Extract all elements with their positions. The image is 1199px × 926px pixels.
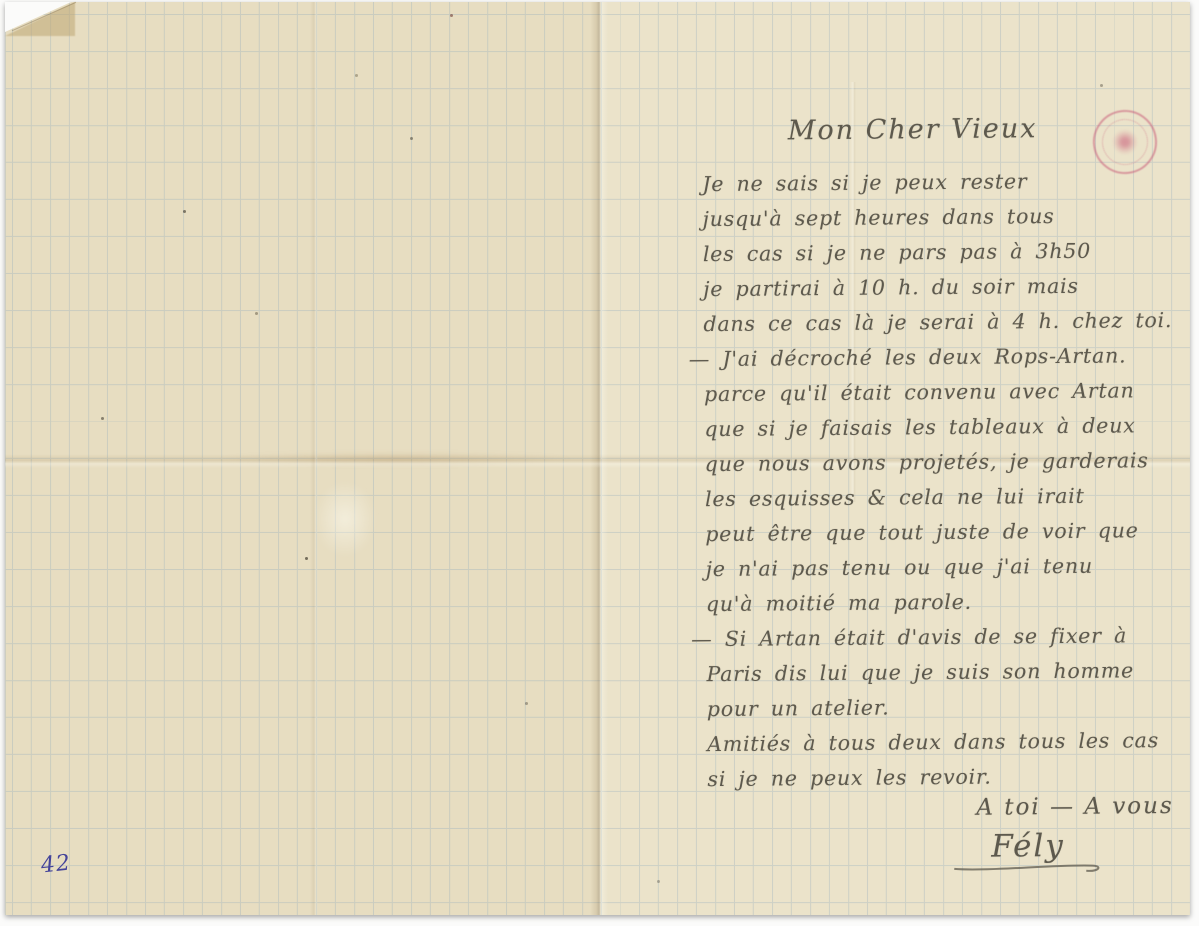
letter-line: parce qu'il était convenu avec Artan [704, 373, 1196, 412]
letter-line: les cas si je ne pars pas à 3h50 [703, 233, 1195, 272]
letter-text: Mon Cher Vieux Je ne sais si je peux res… [690, 112, 1199, 879]
paper-wrinkle [300, 464, 390, 574]
letter-line: jusqu'à sept heures dans tous [702, 198, 1194, 237]
letter-line: si je ne peux les revoir. [707, 758, 1199, 797]
letter-paper: Mon Cher Vieux Je ne sais si je peux res… [5, 2, 1190, 915]
letter-line: qu'à moitié ma parole. [706, 583, 1198, 622]
letter-line: les esquisses & cela ne lui irait [705, 478, 1197, 517]
scanned-letter: Mon Cher Vieux Je ne sais si je peux res… [0, 0, 1199, 926]
closing-line: A toi — A vous [696, 793, 1199, 823]
letter-line: — Si Artan était d'avis de se fixer à [706, 618, 1198, 657]
letter-line: que nous avons projetés, je garderais [705, 443, 1197, 482]
letter-line: Paris dis lui que je suis son homme [706, 653, 1198, 692]
letter-line: peut être que tout juste de voir que [705, 513, 1197, 552]
letter-line: je partirai à 10 h. du soir mais [703, 268, 1195, 307]
letter-line: je n'ai pas tenu ou que j'ai tenu [705, 548, 1197, 587]
letter-line: dans ce cas là je serai à 4 h. chez toi. [703, 303, 1195, 342]
letter-line: Je ne sais si je peux rester [702, 163, 1194, 202]
letter-line: Amitiés à tous deux dans tous les cas [707, 723, 1199, 762]
fold-stain [155, 450, 635, 468]
letter-line: que si je faisais les tableaux à deux [704, 408, 1196, 447]
letter-line: — J'ai décroché les deux Rops-Artan. [704, 338, 1196, 377]
letter-body: Je ne sais si je peux resterjusqu'à sept… [690, 163, 1199, 797]
salutation: Mon Cher Vieux [788, 112, 1194, 147]
folio-number: 42 [40, 851, 72, 879]
signature-block: Fély [948, 828, 1108, 877]
letter-line: pour un atelier. [707, 688, 1199, 727]
